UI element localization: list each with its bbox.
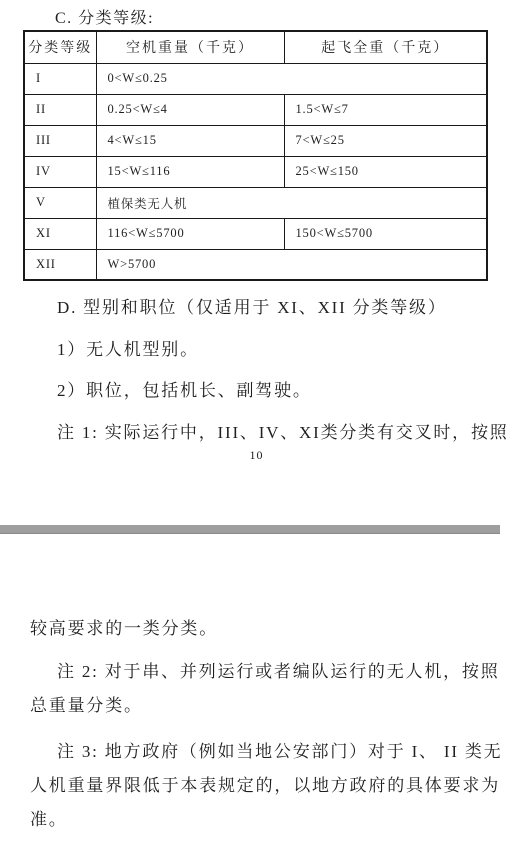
page-break-separator xyxy=(0,525,500,534)
page-number: 10 xyxy=(0,448,513,463)
level-cell: III xyxy=(24,125,96,156)
note-3-line-3: 准。 xyxy=(30,805,68,830)
document-page: C. 分类等级: 分类等级 空机重量（千克） 起飞全重（千克） I 0<W≤0.… xyxy=(0,0,513,842)
table-row: II 0.25<W≤4 1.5<W≤7 xyxy=(24,94,487,125)
section-heading-c: C. 分类等级: xyxy=(55,5,154,28)
classification-table: 分类等级 空机重量（千克） 起飞全重（千克） I 0<W≤0.25 II 0.2… xyxy=(23,30,488,281)
note-1-line-2: 较高要求的一类分类。 xyxy=(30,614,218,639)
empty-weight-cell: 0<W≤0.25 xyxy=(96,63,487,94)
takeoff-weight-cell: 1.5<W≤7 xyxy=(284,94,487,125)
level-cell: I xyxy=(24,63,96,94)
note-3-line-2: 人机重量界限低于本表规定的，以地方政府的具体要求为 xyxy=(30,771,500,796)
empty-weight-cell: 植保类无人机 xyxy=(96,187,487,218)
level-cell: II xyxy=(24,94,96,125)
empty-weight-cell: 0.25<W≤4 xyxy=(96,94,284,125)
table-row: V 植保类无人机 xyxy=(24,187,487,218)
empty-weight-cell: 15<W≤116 xyxy=(96,156,284,187)
takeoff-weight-cell: 7<W≤25 xyxy=(284,125,487,156)
empty-weight-cell: 4<W≤15 xyxy=(96,125,284,156)
table-row: XI 116<W≤5700 150<W≤5700 xyxy=(24,218,487,249)
level-cell: V xyxy=(24,187,96,218)
table-row: IV 15<W≤116 25<W≤150 xyxy=(24,156,487,187)
table-row: XII W>5700 xyxy=(24,249,487,280)
empty-weight-cell: W>5700 xyxy=(96,249,487,280)
table-row: I 0<W≤0.25 xyxy=(24,63,487,94)
table-row: III 4<W≤15 7<W≤25 xyxy=(24,125,487,156)
header-cell-empty-weight: 空机重量（千克） xyxy=(96,31,284,63)
table-header-row: 分类等级 空机重量（千克） 起飞全重（千克） xyxy=(24,31,487,63)
header-cell-level: 分类等级 xyxy=(24,31,96,63)
takeoff-weight-cell: 25<W≤150 xyxy=(284,156,487,187)
header-cell-takeoff-weight: 起飞全重（千克） xyxy=(284,31,487,63)
note-2-line-1: 注 2: 对于串、并列运行或者编队运行的无人机，按照 xyxy=(57,657,500,682)
note-3-line-1: 注 3: 地方政府（例如当地公安部门）对于 I、 II 类无 xyxy=(57,737,502,762)
list-item-2: 2）职位，包括机长、副驾驶。 xyxy=(57,376,312,401)
list-item-1: 1）无人机型别。 xyxy=(57,335,199,360)
level-cell: XII xyxy=(24,249,96,280)
note-1-line-1: 注 1: 实际运行中，III、IV、XI类分类有交叉时，按照 xyxy=(57,418,509,443)
note-2-line-2: 总重量分类。 xyxy=(30,691,143,716)
takeoff-weight-cell: 150<W≤5700 xyxy=(284,218,487,249)
level-cell: XI xyxy=(24,218,96,249)
section-heading-d: D. 型别和职位（仅适用于 XI、XII 分类等级） xyxy=(57,293,447,318)
empty-weight-cell: 116<W≤5700 xyxy=(96,218,284,249)
level-cell: IV xyxy=(24,156,96,187)
